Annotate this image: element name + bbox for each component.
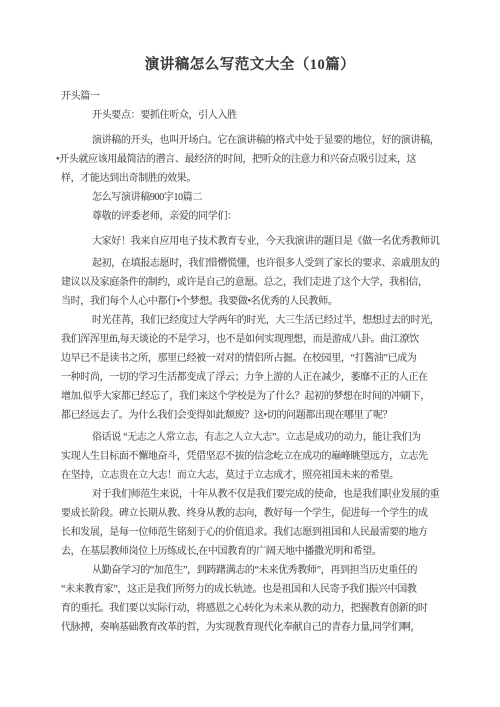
document-body: 开头篇一开头要点：要抓住听众，引人入胜演讲稿的开头，也叫开场白。它在演讲稿的格式…: [61, 87, 460, 637]
text-line: 育的重托。我们要以实际行动，将感恩之心转化为未来从教的动力，把握教育创新的时: [61, 599, 460, 618]
text-line: 俗话说 “无志之人常立志，有志之人立大志”。立志是成功的动力，能让我们为: [61, 428, 460, 447]
paragraph: 怎么写演讲稿900字10篇二: [61, 188, 460, 207]
document-page: 演讲稿怎么写范文大全（10篇） 开头篇一开头要点：要抓住听众，引人入胜演讲稿的开…: [0, 0, 500, 707]
paragraph: 尊敬的评委老师，亲爱的同学们：: [61, 207, 460, 226]
text-line: 实现人生目标面不懈地奋斗，凭借坚忍不拔的信念屹立在成功的巅峰眺望远方，立志先: [61, 447, 460, 466]
text-line: 代脉搏，奏响基础教育改革的哲，为实现教育现代化奉献自己的青春力量,同学们啊，: [61, 618, 460, 637]
paragraph: 开头篇一: [61, 87, 460, 106]
text-line: 增加.似乎大家都已经忘了，我们来这个学校是为了什么？起初的梦想在时间的冲刷下，: [61, 387, 460, 406]
text-line: 尊敬的评委老师，亲爱的同学们：: [61, 207, 460, 226]
text-line: 要成长阶段。碑立长期从教、终身从教的志向，教好每一个学生，促进每一个学生的成: [61, 504, 460, 523]
text-line: 对于我们师范生来说，十年从教不仅是我们要完成的使命，也是我们职业发展的重: [61, 485, 460, 504]
text-line: 边早已不是读书之所，那里已经被一对对的情侣所占掘。在校园里，“打酱油”已成为: [61, 349, 460, 368]
text-line: 去，在基层教师岗位上历练成长,在中国教育的广阔天地中播撒光明和希望。: [61, 542, 460, 561]
paragraph: 起初，在填报志愿时，我们惜懵慌懂，也许很多人受到了家长的要求、亲戚朋友的建议以及…: [61, 254, 460, 311]
text-line: 我们浑浑里ffi,每天谈论的不是学习，也不是如何实现理想，而是游成八卦。曲江潦饮: [61, 330, 460, 349]
paragraph: 演讲稿的开头，也叫开场白。它在演讲稿的格式中处于显要的地位，好的演讲稿，•开头就…: [61, 131, 460, 188]
text-line: 长和发展，是每一位师范生铭刻于心的价值追求。我们志愿到祖国和人民最需要的地方: [61, 523, 460, 542]
text-line: 从勤奋学习的“加范生”，到踌躇满志的“未来优秀教师”，再到担当历史重任的: [61, 561, 460, 580]
text-line: 时光荏苒，我们已经度过大学两年的时光，大三生活已经过半，想想过去的时光，: [61, 311, 460, 330]
text-line: 大家好！我来自应用电子技术教育专业，今天我演讲的题目是《做一名优秀教师讥: [61, 232, 460, 251]
text-line: 开头要点：要抓住听众，引人入胜: [61, 106, 460, 125]
text-line: 样，才能达到出奇制胜的效果。: [61, 169, 460, 188]
paragraph: 时光荏苒，我们已经度过大学两年的时光，大三生活已经过半，想想过去的时光，我们浑浑…: [61, 311, 460, 425]
text-line: 一种时尚，一切的学习生活都变成了浮云；力争上游的人正在减少，萎靡不正的人正在: [61, 368, 460, 387]
paragraph: 俗话说 “无志之人常立志，有志之人立大志”。立志是成功的动力，能让我们为实现人生…: [61, 428, 460, 485]
text-line: 开头篇一: [61, 87, 460, 106]
text-line: 起初，在填报志愿时，我们惜懵慌懂，也许很多人受到了家长的要求、亲戚朋友的: [61, 254, 460, 273]
paragraph: 大家好！我来自应用电子技术教育专业，今天我演讲的题目是《做一名优秀教师讥: [61, 232, 460, 251]
paragraph: 开头要点：要抓住听众，引人入胜: [61, 106, 460, 125]
text-line: “未来教育家”，这正是我们所努力的成长轨迹。也是祖国和人民寄予我们振兴中国教: [61, 580, 460, 599]
text-line: 当时，我们每个人心中都仃•个梦想。我要做•名优秀的人民教师。: [61, 292, 460, 311]
text-line: 建议以及家庭条件的制约，或许是自己的意愿。总之，我们走进了这个大学，我相信，: [61, 273, 460, 292]
text-line: 在坚持，立志贵在立大志！而立大志，莫过于立志成才，照亮祖国未来的希望。: [61, 466, 460, 485]
text-line: 怎么写演讲稿900字10篇二: [61, 188, 460, 207]
document-title: 演讲稿怎么写范文大全（10篇）: [0, 53, 500, 74]
text-line: 都已经远去了。为什么我们会变得如此颓废？这•切的问题都出现在哪里了呢？: [61, 406, 460, 425]
text-line: •开头就应该用最简洁的潜言、最经济的时间，把听众的注意力和兴奋点吸引过来，这: [56, 150, 460, 169]
text-line: 演讲稿的开头，也叫开场白。它在演讲稿的格式中处于显要的地位，好的演讲稿，: [61, 131, 460, 150]
paragraph: 从勤奋学习的“加范生”，到踌躇满志的“未来优秀教师”，再到担当历史重任的“未来教…: [61, 561, 460, 637]
paragraph: 对于我们师范生来说，十年从教不仅是我们要完成的使命，也是我们职业发展的重要成长阶…: [61, 485, 460, 561]
